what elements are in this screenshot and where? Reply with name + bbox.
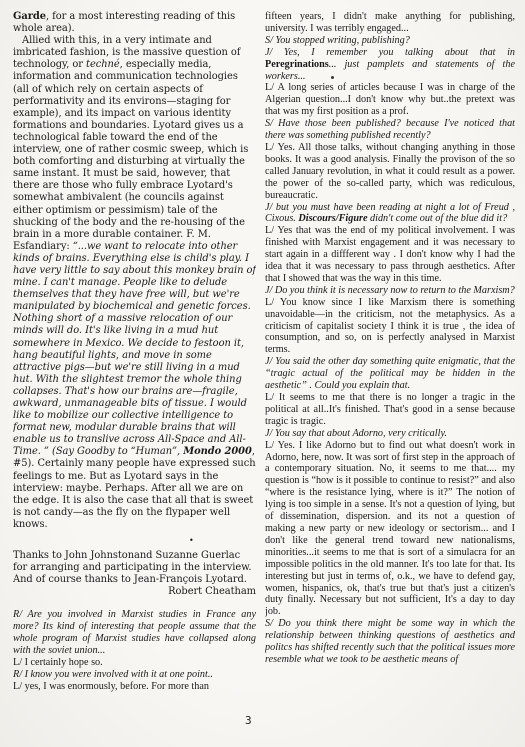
text-run: Peregrinations [265,59,329,70]
text-run: J/ You said the other day something quit… [265,356,515,391]
answer-paragraph: L/ Yes. I like Adorno but to find out wh… [265,440,515,619]
text-run: “...we want to relocate into other kinds… [13,241,256,458]
left-column: Garde, for a most interesting reading of… [13,11,256,713]
text-run: Mondo 2000 [183,446,252,457]
page-number: 3 [245,714,252,727]
answer-paragraph: L/ It seems to me that there is no longe… [265,392,515,428]
text-run: techné [86,59,120,70]
text-run: S/ Have those been published? because I'… [265,118,515,141]
text-run: L/ It seems to me that there is no longe… [265,392,515,427]
text-run: • [189,536,194,545]
text-run: fifteen years, I didn't make anything fo… [265,11,515,34]
answer-paragraph: L/ You know since I like Marxism there i… [265,297,515,357]
question-paragraph: S/ You stopped writing, publishing? [265,35,515,47]
text-run: Discours/Figure [298,213,367,224]
answer-paragraph: L/ A long series of articles because I w… [265,82,515,118]
text-run: , especially media, information and comm… [13,59,248,251]
text-run: Thanks to John Johnstonand Suzanne Guerl… [13,550,252,585]
question-paragraph: S/ Do you think there might be some way … [265,618,515,666]
text-run: L/ You know since I like Marxism there i… [265,297,515,356]
question-paragraph: J/ You say that about Adorno, very criti… [265,428,515,440]
section-break-dot: • [13,537,256,545]
answer-paragraph: fifteen years, I didn't make anything fo… [265,11,515,35]
answer-paragraph: L/ Yes. All those talks, without changin… [265,142,515,202]
right-column: fifteen years, I didn't make anything fo… [265,11,515,713]
text-run: R/ I know you were involved with it at o… [13,669,213,680]
question-paragraph: J/ Do you think it is necessary now to r… [265,285,515,297]
text-run: L/ Yes. All those talks, without changin… [265,142,515,201]
text-columns: Garde, for a most interesting reading of… [13,11,515,713]
text-run: J/ You say that about Adorno, very criti… [265,428,447,439]
commentary-paragraph: Allied with this, in a very intimate and… [13,35,256,531]
question-paragraph: J/ You said the other day something quit… [265,356,515,392]
question-paragraph: J/ Yes, I remember you talking about tha… [265,47,515,83]
text-run: didn't come out of the blue did it? [367,213,507,224]
text-run: R/ Are you involved in Marxist studies i… [13,609,256,656]
text-run: L/ A long series of articles because I w… [265,82,515,117]
text-run: L/ yes, I was enormously, before. For mo… [13,681,209,692]
text-run: , for a most interesting reading of this… [13,11,235,34]
text-run: J/ Yes, I remember you talking about tha… [265,47,515,58]
question-paragraph: R/ Are you involved in Marxist studies i… [13,609,256,657]
page: Garde, for a most interesting reading of… [0,0,525,747]
byline: Robert Cheatham [13,586,256,598]
text-run: J/ Do you think it is necessary now to r… [265,285,515,296]
text-run: S/ Do you think there might be some way … [265,618,515,665]
thanks-paragraph: Thanks to John Johnstonand Suzanne Guerl… [13,550,256,586]
question-paragraph: S/ Have those been published? because I'… [265,118,515,142]
answer-paragraph: L/ yes, I was enormously, before. For mo… [13,681,256,693]
text-run: L/ Yes. I like Adorno but to find out wh… [265,440,515,618]
intro-paragraph: Garde, for a most interesting reading of… [13,11,256,35]
text-run: L/ I certainly hope so. [13,657,103,668]
scan-speck [331,76,334,79]
text-run: Garde [13,11,46,22]
text-run: L/ Yes that was the end of my political … [265,225,515,284]
question-paragraph: R/ I know you were involved with it at o… [13,669,256,681]
answer-paragraph: L/ Yes that was the end of my political … [265,225,515,285]
question-paragraph: J/ but you must have been reading at nig… [265,202,515,226]
answer-paragraph: L/ I certainly hope so. [13,657,256,669]
text-run: Robert Cheatham [168,586,256,597]
text-run: S/ You stopped writing, publishing? [265,35,410,46]
text-run: , #5). Certainly many people have expres… [13,446,256,530]
